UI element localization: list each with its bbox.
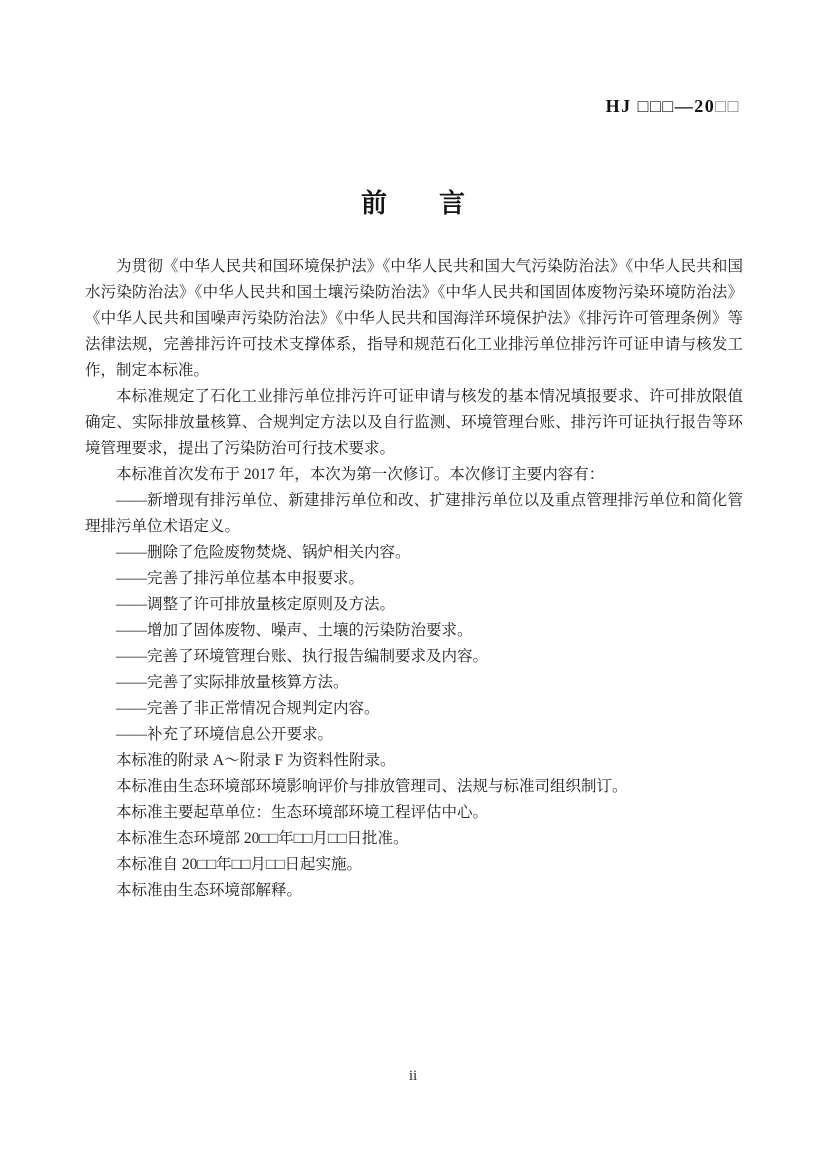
revision-item-4: ——调整了许可排放量核定原则及方法。	[85, 592, 743, 618]
revision-item-1: ——新增现有排污单位、新建排污单位和改、扩建排污单位以及重点管理排污单位和简化管…	[85, 488, 743, 540]
revision-item-2: ——删除了危险废物焚烧、锅炉相关内容。	[85, 540, 743, 566]
standard-code-header: HJ □□□—20□□	[606, 96, 740, 117]
revision-item-5: ——增加了固体废物、噪声、土壤的污染防治要求。	[85, 618, 743, 644]
preface-intro-paragraph: 为贯彻《中华人民共和国环境保护法》《中华人民共和国大气污染防治法》《中华人民共和…	[85, 254, 743, 384]
revision-item-9: ——补充了环境信息公开要求。	[85, 722, 743, 748]
preface-title: 前 言	[0, 183, 826, 220]
revision-item-7: ——完善了实际排放量核算方法。	[85, 670, 743, 696]
page-number: ii	[0, 1068, 826, 1085]
organizer-note: 本标准由生态环境部环境影响评价与排放管理司、法规与标准司组织制订。	[85, 774, 743, 800]
appendix-note: 本标准的附录 A～附录 F 为资料性附录。	[85, 748, 743, 774]
approval-date-note: 本标准生态环境部 20□□年□□月□□日批准。	[85, 826, 743, 852]
interpretation-note: 本标准由生态环境部解释。	[85, 878, 743, 904]
revision-item-6: ——完善了环境管理台账、执行报告编制要求及内容。	[85, 644, 743, 670]
implementation-date-note: 本标准自 20□□年□□月□□日起实施。	[85, 852, 743, 878]
standard-code-year-placeholder: □□	[715, 96, 740, 116]
scope-paragraph: 本标准规定了石化工业排污单位排污许可证申请与核发的基本情况填报要求、许可排放限值…	[85, 384, 743, 462]
drafting-unit-note: 本标准主要起草单位：生态环境部环境工程评估中心。	[85, 800, 743, 826]
revision-intro-paragraph: 本标准首次发布于 2017 年，本次为第一次修订。本次修订主要内容有：	[85, 462, 743, 488]
document-page: HJ □□□—20□□ 前 言 为贯彻《中华人民共和国环境保护法》《中华人民共和…	[0, 0, 826, 1169]
revision-item-3: ——完善了排污单位基本申报要求。	[85, 566, 743, 592]
revision-item-8: ——完善了非正常情况合规判定内容。	[85, 696, 743, 722]
preface-body: 为贯彻《中华人民共和国环境保护法》《中华人民共和国大气污染防治法》《中华人民共和…	[85, 254, 743, 904]
standard-code-main: HJ □□□—20	[606, 96, 716, 116]
